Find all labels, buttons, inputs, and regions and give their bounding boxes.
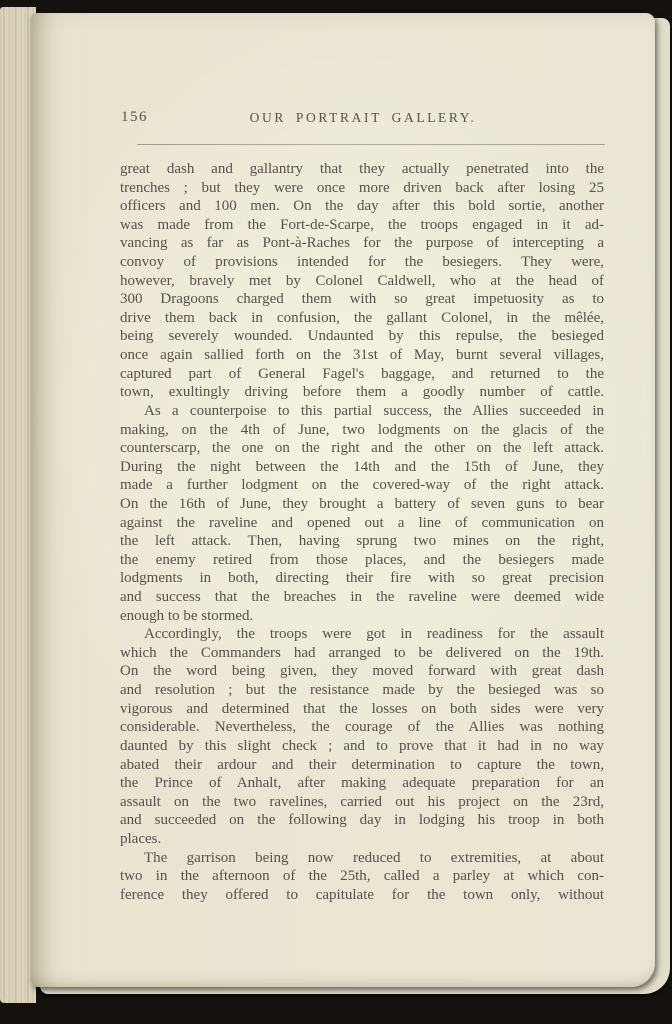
text-line: vancing as far as Pont-à-Raches for the … — [120, 234, 604, 253]
book-photo: 156 OUR PORTRAIT GALLERY. great dash and… — [0, 0, 672, 1024]
text-line: however, bravely met by Colonel Caldwell… — [120, 272, 604, 291]
text-line: assault on the two ravelines, carried ou… — [120, 793, 604, 812]
paragraph: The garrison being now reduced to extrem… — [120, 849, 604, 905]
text-line: made a further lodgment on the covered-w… — [120, 476, 604, 495]
text-line: trenches ; but they were once more drive… — [120, 179, 604, 198]
text-line: abated their ardour and their determinat… — [120, 756, 604, 775]
text-line: vigorous and determined that the losses … — [120, 700, 604, 719]
text-line: ference they offered to capitulate for t… — [120, 886, 604, 905]
text-line: two in the afternoon of the 25th, called… — [120, 867, 604, 886]
text-line: officers and 100 men. On the day after t… — [120, 197, 604, 216]
text-line: drive them back in confusion, the gallan… — [120, 309, 604, 328]
paragraph: As a counterpoise to this partial succes… — [120, 402, 604, 625]
page-body: great dash and gallantry that they actua… — [120, 160, 604, 904]
text-line: captured part of General Fagel's baggage… — [120, 365, 604, 384]
text-line: and resolution ; but the resistance made… — [120, 681, 604, 700]
paragraph: great dash and gallantry that they actua… — [120, 160, 604, 402]
text-line: daunted by this slight check ; and to pr… — [120, 737, 604, 756]
text-line: was made from the Fort-de-Scarpe, the tr… — [120, 216, 604, 235]
text-line: places. — [120, 830, 604, 849]
book-page: 156 OUR PORTRAIT GALLERY. great dash and… — [31, 13, 655, 987]
text-line: 300 Dragoons charged them with so great … — [120, 290, 604, 309]
text-line: During the night between the 14th and th… — [120, 458, 604, 477]
text-line: and success that the breaches in the rav… — [120, 588, 604, 607]
text-line: enough to be stormed. — [120, 607, 604, 626]
text-line: The garrison being now reduced to extrem… — [120, 849, 604, 868]
text-line: once again sallied forth on the 31st of … — [120, 346, 604, 365]
text-line: making, on the 4th of June, two lodgment… — [120, 421, 604, 440]
text-line: being severely wounded. Undaunted by thi… — [120, 327, 604, 346]
text-line: great dash and gallantry that they actua… — [120, 160, 604, 179]
text-line: the Prince of Anhalt, after making adequ… — [120, 774, 604, 793]
text-line: counterscarp, the one on the right and t… — [120, 439, 604, 458]
text-line: against the raveline and opened out a li… — [120, 514, 604, 533]
text-line: town, exultingly driving before them a g… — [120, 383, 604, 402]
page-header: 156 OUR PORTRAIT GALLERY. — [121, 109, 605, 131]
text-line: On the 16th of June, they brought a batt… — [120, 495, 604, 514]
paragraph: Accordingly, the troops were got in read… — [120, 625, 604, 848]
text-line: considerable. Nevertheless, the courage … — [120, 718, 604, 737]
text-line: which the Commanders had arranged to be … — [120, 644, 604, 663]
text-line: lodgments in both, directing their fire … — [120, 569, 604, 588]
text-line: the left attack. Then, having sprung two… — [120, 532, 604, 551]
text-line: the enemy retired from those places, and… — [120, 551, 604, 570]
text-line: Accordingly, the troops were got in read… — [120, 625, 604, 644]
text-line: On the word being given, they moved forw… — [120, 662, 604, 681]
text-line: As a counterpoise to this partial succes… — [120, 402, 604, 421]
running-title: OUR PORTRAIT GALLERY. — [121, 110, 605, 126]
text-line: convoy of provisions intended for the be… — [120, 253, 604, 272]
text-line: and succeeded on the following day in lo… — [120, 811, 604, 830]
header-rule — [137, 144, 605, 145]
